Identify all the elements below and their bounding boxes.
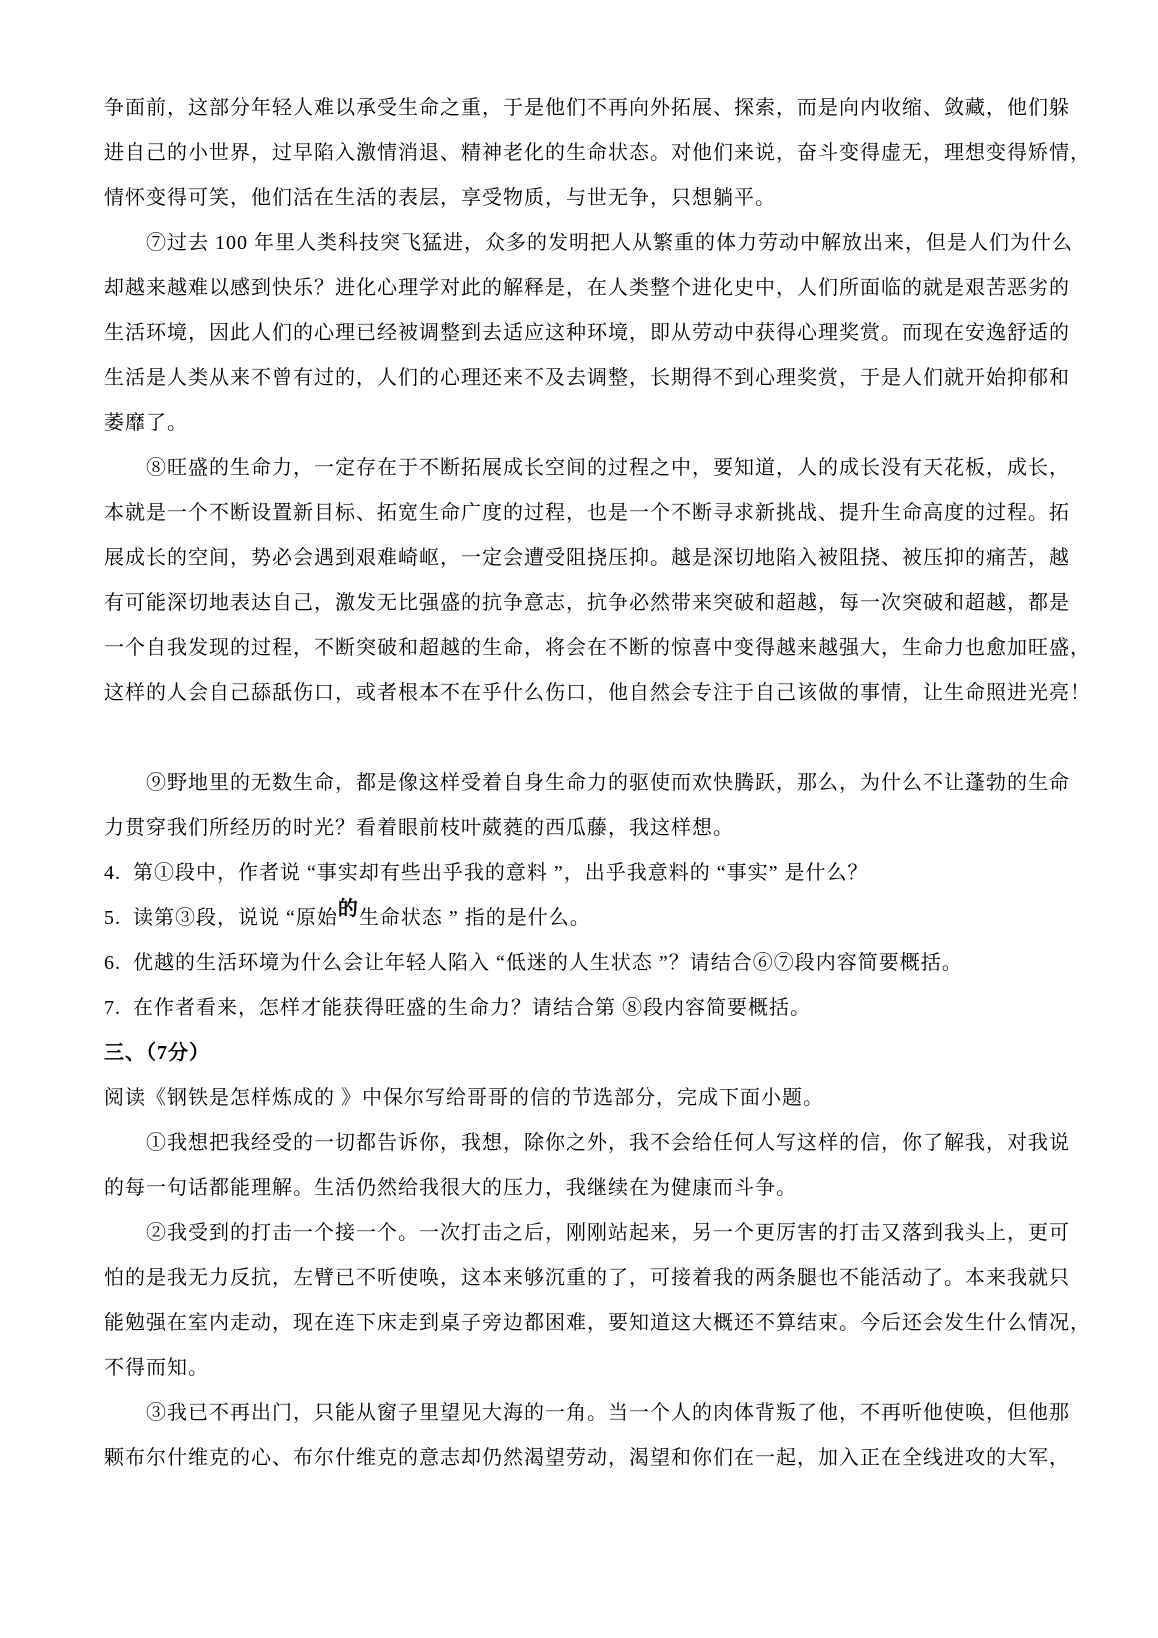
text-line: 阅读《钢铁是怎样炼成的 》中保尔写给哥哥的信的节选部分，完成下面小题。 — [104, 1076, 1062, 1121]
document-page: 争面前，这部分年轻人难以承受生命之重，于是他们不再向外拓展、探索，而是向内收缩、… — [0, 0, 1158, 1638]
text-line: ①我想把我经受的一切都告诉你，我想，除你之外，我不会给任何人写这样的信，你了解我… — [104, 1121, 1062, 1166]
text-line: 5. 读第③段，说说 “原始的生命状态 ” 指的是什么。 — [104, 896, 1062, 941]
text-area: 争面前，这部分年轻人难以承受生命之重，于是他们不再向外拓展、探索，而是向内收缩、… — [104, 86, 1062, 1481]
text-line: 颗布尔什维克的心、布尔什维克的意志却仍然渴望劳动，渴望和你们在一起，加入正在全线… — [104, 1436, 1062, 1481]
text-line: 4. 第①段中，作者说 “事实却有些出乎我的意料 ”，出乎我意料的 “事实” 是… — [104, 851, 1062, 896]
text-line: 情怀变得可笑，他们活在生活的表层，享受物质，与世无争，只想躺平。 — [104, 176, 1062, 221]
text-line: 三、（7分） — [104, 1031, 1062, 1076]
text-line: ②我受到的打击一个接一个。一次打击之后，刚刚站起来，另一个更厉害的打击又落到我头… — [104, 1211, 1062, 1256]
text-line: ⑦过去 100 年里人类科技突飞猛进，众多的发明把人从繁重的体力劳动中解放出来，… — [104, 221, 1062, 266]
text-line: 一个自我发现的过程，不断突破和超越的生命，将会在不断的惊喜中变得越来越强大，生命… — [104, 626, 1062, 671]
text-line: 萎靡了。 — [104, 401, 1062, 446]
text-line: 怕的是我无力反抗，左臂已不听使唤，这本来够沉重的了，可接着我的两条腿也不能活动了… — [104, 1256, 1062, 1301]
text-line: 却越来越难以感到快乐？进化心理学对此的解释是，在人类整个进化史中，人们所面临的就… — [104, 266, 1062, 311]
text-line: 7. 在作者看来，怎样才能获得旺盛的生命力？请结合第 ⑧段内容简要概括。 — [104, 986, 1062, 1031]
text-line: 6. 优越的生活环境为什么会让年轻人陷入 “低迷的人生状态 ”？请结合⑥⑦段内容… — [104, 941, 1062, 986]
text-line: 力贯穿我们所经历的时光？看着眼前枝叶葳蕤的西瓜藤，我这样想。 — [104, 806, 1062, 851]
text-line: 这样的人会自己舔舐伤口，或者根本不在乎什么伤口，他自然会专注于自己该做的事情，让… — [104, 671, 1062, 716]
text-line: 有可能深切地表达自己，激发无比强盛的抗争意志，抗争必然带来突破和超越，每一次突破… — [104, 581, 1062, 626]
text-line: 生活环境，因此人们的心理已经被调整到去适应这种环境，即从劳动中获得心理奖赏。而现… — [104, 311, 1062, 356]
blank-line — [104, 716, 1062, 761]
text-line: 争面前，这部分年轻人难以承受生命之重，于是他们不再向外拓展、探索，而是向内收缩、… — [104, 86, 1062, 131]
raised-bold-char: 的 — [338, 898, 359, 920]
text-segment: 生命状态 ” 指的是什么。 — [359, 907, 591, 929]
text-line: ③我已不再出门，只能从窗子里望见大海的一角。当一个人的肉体背叛了他，不再听他使唤… — [104, 1391, 1062, 1436]
text-line: 进自己的小世界，过早陷入激情消退、精神老化的生命状态。对他们来说，奋斗变得虚无，… — [104, 131, 1062, 176]
text-line: 展成长的空间，势必会遇到艰难崎岖，一定会遭受阻挠压抑。越是深切地陷入被阻挠、被压… — [104, 536, 1062, 581]
text-line: 不得而知。 — [104, 1346, 1062, 1391]
text-segment: 5. 读第③段，说说 “原始 — [104, 907, 338, 929]
text-line: ⑧旺盛的生命力，一定存在于不断拓展成长空间的过程之中，要知道，人的成长没有天花板… — [104, 446, 1062, 491]
text-line: 能勉强在室内走动，现在连下床走到桌子旁边都困难，要知道这大概还不算结束。今后还会… — [104, 1301, 1062, 1346]
text-line: ⑨野地里的无数生命，都是像这样受着自身生命力的驱使而欢快腾跃，那么，为什么不让蓬… — [104, 761, 1062, 806]
text-line: 的每一句话都能理解。生活仍然给我很大的压力，我继续在为健康而斗争。 — [104, 1166, 1062, 1211]
text-line: 本就是一个不断设置新目标、拓宽生命广度的过程，也是一个不断寻求新挑战、提升生命高… — [104, 491, 1062, 536]
text-line: 生活是人类从来不曾有过的，人们的心理还来不及去调整，长期得不到心理奖赏，于是人们… — [104, 356, 1062, 401]
